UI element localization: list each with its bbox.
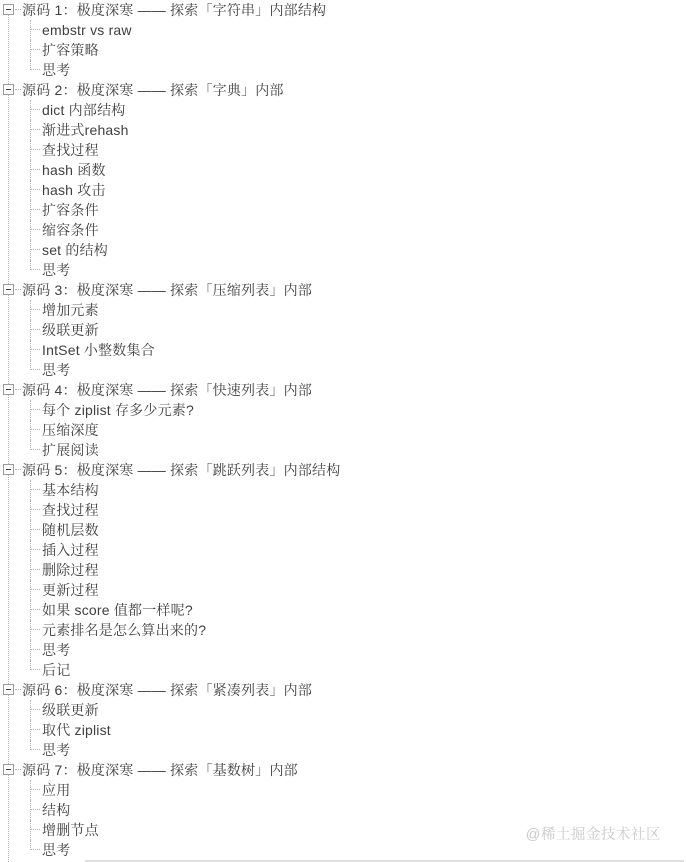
dotted-vline — [30, 140, 31, 160]
dotted-vline — [30, 820, 31, 840]
child-node-label[interactable]: 后记 — [42, 660, 70, 680]
tree-child-node[interactable]: 缩容条件 — [0, 220, 686, 240]
tree-child-node[interactable]: 思考 — [0, 360, 686, 380]
dotted-branch — [31, 329, 40, 330]
child-node-label[interactable]: embstr vs raw — [42, 20, 132, 40]
dotted-branch — [31, 829, 40, 830]
child-node-label[interactable]: dict 内部结构 — [42, 100, 125, 120]
tree-child-node[interactable]: 级联更新 — [0, 700, 686, 720]
child-node-label[interactable]: 渐进式rehash — [42, 120, 129, 140]
dotted-vline — [30, 420, 31, 440]
dotted-vline — [30, 500, 31, 520]
tree-child-node[interactable]: hash 攻击 — [0, 180, 686, 200]
child-node-label[interactable]: 插入过程 — [42, 540, 99, 560]
treeview-screenshot: 源码 1：极度深寒 —— 探索「字符串」内部结构 embstr vs raw 扩… — [0, 0, 686, 862]
tree-child-node[interactable]: 扩容条件 — [0, 200, 686, 220]
dotted-connector — [15, 289, 21, 290]
dotted-branch — [31, 729, 40, 730]
tree-child-node[interactable]: 应用 — [0, 780, 686, 800]
dotted-vline — [30, 480, 31, 500]
dotted-branch — [31, 369, 40, 370]
dotted-connector — [15, 689, 21, 690]
dotted-branch — [31, 649, 40, 650]
tree-child-node[interactable]: 思考 — [0, 60, 686, 80]
dotted-branch — [31, 189, 40, 190]
child-node-label[interactable]: 思考 — [42, 60, 70, 80]
child-node-label[interactable]: 级联更新 — [42, 700, 99, 720]
tree-root-node[interactable]: 源码 7：极度深寒 —— 探索「基数树」内部 — [0, 760, 686, 780]
child-node-label[interactable]: 基本结构 — [42, 480, 99, 500]
dotted-vline — [30, 700, 31, 720]
dotted-connector — [15, 769, 21, 770]
child-node-label[interactable]: IntSet 小整数集合 — [42, 340, 155, 360]
tree-child-node[interactable]: 增加元素 — [0, 300, 686, 320]
dotted-branch — [31, 569, 40, 570]
dotted-branch — [31, 409, 40, 410]
dotted-connector — [15, 389, 21, 390]
dotted-vline — [30, 540, 31, 560]
tree-root-node[interactable]: 源码 1：极度深寒 —— 探索「字符串」内部结构 — [0, 0, 686, 20]
dotted-branch — [31, 429, 40, 430]
dotted-connector — [15, 89, 21, 90]
dotted-branch — [31, 629, 40, 630]
dotted-branch — [31, 609, 40, 610]
dotted-branch — [31, 589, 40, 590]
collapse-minus-icon[interactable] — [3, 684, 14, 695]
root-node-label[interactable]: 源码 3：极度深寒 —— 探索「压缩列表」内部 — [22, 280, 312, 300]
tree-root-node[interactable]: 源码 4：极度深寒 —— 探索「快速列表」内部 — [0, 380, 686, 400]
dotted-vline — [30, 120, 31, 140]
child-node-label[interactable]: 扩展阅读 — [42, 440, 99, 460]
dotted-branch — [31, 149, 40, 150]
dotted-vline — [30, 300, 31, 320]
child-node-label[interactable]: 每个 ziplist 存多少元素? — [42, 400, 194, 420]
dotted-connector — [15, 469, 21, 470]
tree-child-node[interactable]: 插入过程 — [0, 540, 686, 560]
dotted-connector — [15, 9, 21, 10]
child-node-label[interactable]: 更新过程 — [42, 580, 99, 600]
dotted-branch — [31, 749, 40, 750]
dotted-vline — [30, 780, 31, 800]
toc-tree: 源码 1：极度深寒 —— 探索「字符串」内部结构 embstr vs raw 扩… — [0, 0, 686, 860]
tree-child-node[interactable]: IntSet 小整数集合 — [0, 340, 686, 360]
dotted-branch — [31, 69, 40, 70]
dotted-vline — [30, 560, 31, 580]
dotted-vline — [30, 240, 31, 260]
root-node-label[interactable]: 源码 2：极度深寒 —— 探索「字典」内部 — [22, 80, 284, 100]
dotted-vline — [30, 320, 31, 340]
dotted-branch — [31, 129, 40, 130]
child-node-label[interactable]: hash 攻击 — [42, 180, 106, 200]
child-node-label[interactable]: 增删节点 — [42, 820, 99, 840]
child-node-label[interactable]: 如果 score 值都一样呢? — [42, 600, 193, 620]
dotted-branch — [31, 849, 40, 850]
tree-child-node[interactable]: 渐进式rehash — [0, 120, 686, 140]
collapse-minus-icon[interactable] — [3, 84, 14, 95]
dotted-vline — [30, 20, 31, 40]
tree-root-node[interactable]: 源码 5：极度深寒 —— 探索「跳跃列表」内部结构 — [0, 460, 686, 480]
tree-child-node[interactable]: 后记 — [0, 660, 686, 680]
tree-child-node[interactable]: 删除过程 — [0, 560, 686, 580]
tree-child-node[interactable]: set 的结构 — [0, 240, 686, 260]
dotted-vline — [30, 200, 31, 220]
child-node-label[interactable]: 取代 ziplist — [42, 720, 111, 740]
collapse-minus-icon[interactable] — [3, 764, 14, 775]
root-node-label[interactable]: 源码 6：极度深寒 —— 探索「紧凑列表」内部 — [22, 680, 312, 700]
dotted-vline — [30, 520, 31, 540]
tree-root-node[interactable]: 源码 6：极度深寒 —— 探索「紧凑列表」内部 — [0, 680, 686, 700]
dotted-branch — [31, 449, 40, 450]
child-node-label[interactable]: 压缩深度 — [42, 420, 99, 440]
tree-root-node[interactable]: 源码 3：极度深寒 —— 探索「压缩列表」内部 — [0, 280, 686, 300]
child-node-label[interactable]: 思考 — [42, 640, 70, 660]
child-node-label[interactable]: 级联更新 — [42, 320, 99, 340]
tree-child-node[interactable]: 思考 — [0, 740, 686, 760]
child-node-label[interactable]: 扩容条件 — [42, 200, 99, 220]
dotted-branch — [31, 709, 40, 710]
dotted-branch — [31, 789, 40, 790]
tree-child-node[interactable]: 思考 — [0, 260, 686, 280]
dotted-vline — [30, 580, 31, 600]
child-node-label[interactable]: 扩容策略 — [42, 40, 99, 60]
child-node-label[interactable]: 随机层数 — [42, 520, 99, 540]
child-node-label[interactable]: 思考 — [42, 360, 70, 380]
child-node-label[interactable]: 元素排名是怎么算出来的? — [42, 620, 206, 640]
tree-child-node[interactable]: hash 函数 — [0, 160, 686, 180]
tree-child-node[interactable]: 结构 — [0, 800, 686, 820]
child-node-label[interactable]: 思考 — [42, 740, 70, 760]
dotted-vline — [30, 600, 31, 620]
tree-child-node[interactable]: 级联更新 — [0, 320, 686, 340]
child-node-label[interactable]: 缩容条件 — [42, 220, 99, 240]
tree-child-node[interactable]: 查找过程 — [0, 140, 686, 160]
tree-child-node[interactable]: 思考 — [0, 640, 686, 660]
dotted-vline — [30, 340, 31, 360]
dotted-vline — [30, 220, 31, 240]
child-node-label[interactable]: 查找过程 — [42, 500, 99, 520]
dotted-branch — [31, 529, 40, 530]
dotted-branch — [31, 309, 40, 310]
dotted-branch — [31, 269, 40, 270]
dotted-vline — [30, 40, 31, 60]
tree-child-node[interactable]: 压缩深度 — [0, 420, 686, 440]
dotted-branch — [31, 549, 40, 550]
child-node-label[interactable]: 应用 — [42, 780, 70, 800]
tree-child-node[interactable]: 取代 ziplist — [0, 720, 686, 740]
tree-child-node[interactable]: 查找过程 — [0, 500, 686, 520]
dotted-branch — [31, 209, 40, 210]
child-node-label[interactable]: 思考 — [42, 260, 70, 280]
dotted-vline — [30, 620, 31, 640]
dotted-branch — [31, 249, 40, 250]
child-node-label[interactable]: 删除过程 — [42, 560, 99, 580]
child-node-label[interactable]: 查找过程 — [42, 140, 99, 160]
dotted-branch — [31, 349, 40, 350]
collapse-minus-icon[interactable] — [3, 284, 14, 295]
collapse-minus-icon[interactable] — [3, 384, 14, 395]
child-node-label[interactable]: 结构 — [42, 800, 70, 820]
dotted-vline — [30, 400, 31, 420]
root-node-label[interactable]: 源码 4：极度深寒 —— 探索「快速列表」内部 — [22, 380, 312, 400]
collapse-minus-icon[interactable] — [3, 464, 14, 475]
tree-root-node[interactable]: 源码 2：极度深寒 —— 探索「字典」内部 — [0, 80, 686, 100]
dotted-branch — [31, 169, 40, 170]
dotted-branch — [31, 509, 40, 510]
tree-child-node[interactable]: dict 内部结构 — [0, 100, 686, 120]
root-node-label[interactable]: 源码 5：极度深寒 —— 探索「跳跃列表」内部结构 — [22, 460, 340, 480]
tree-child-node[interactable]: 更新过程 — [0, 580, 686, 600]
dotted-branch — [31, 489, 40, 490]
root-node-label[interactable]: 源码 7：极度深寒 —— 探索「基数树」内部 — [22, 760, 298, 780]
tree-child-node[interactable]: 随机层数 — [0, 520, 686, 540]
tree-child-node[interactable]: 基本结构 — [0, 480, 686, 500]
tree-child-node[interactable]: 元素排名是怎么算出来的? — [0, 620, 686, 640]
watermark-text: @稀土掘金技术社区 — [526, 823, 661, 844]
tree-child-node[interactable]: 如果 score 值都一样呢? — [0, 600, 686, 620]
dotted-vline — [30, 720, 31, 740]
tree-child-node[interactable]: 扩展阅读 — [0, 440, 686, 460]
child-node-label[interactable]: set 的结构 — [42, 240, 108, 260]
dotted-vline — [30, 160, 31, 180]
root-node-label[interactable]: 源码 1：极度深寒 —— 探索「字符串」内部结构 — [22, 0, 326, 20]
dotted-branch — [31, 29, 40, 30]
child-node-label[interactable]: 思考 — [42, 840, 70, 860]
dotted-branch — [31, 809, 40, 810]
dotted-branch — [31, 49, 40, 50]
dotted-branch — [31, 229, 40, 230]
tree-child-node[interactable]: 每个 ziplist 存多少元素? — [0, 400, 686, 420]
dotted-branch — [31, 669, 40, 670]
tree-child-node[interactable]: 扩容策略 — [0, 40, 686, 60]
dotted-vline — [30, 800, 31, 820]
tree-child-node[interactable]: embstr vs raw — [0, 20, 686, 40]
dotted-branch — [31, 109, 40, 110]
dotted-vline — [30, 180, 31, 200]
dotted-vline — [30, 640, 31, 660]
dotted-vline — [30, 100, 31, 120]
child-node-label[interactable]: 增加元素 — [42, 300, 99, 320]
child-node-label[interactable]: hash 函数 — [42, 160, 106, 180]
collapse-minus-icon[interactable] — [3, 4, 14, 15]
